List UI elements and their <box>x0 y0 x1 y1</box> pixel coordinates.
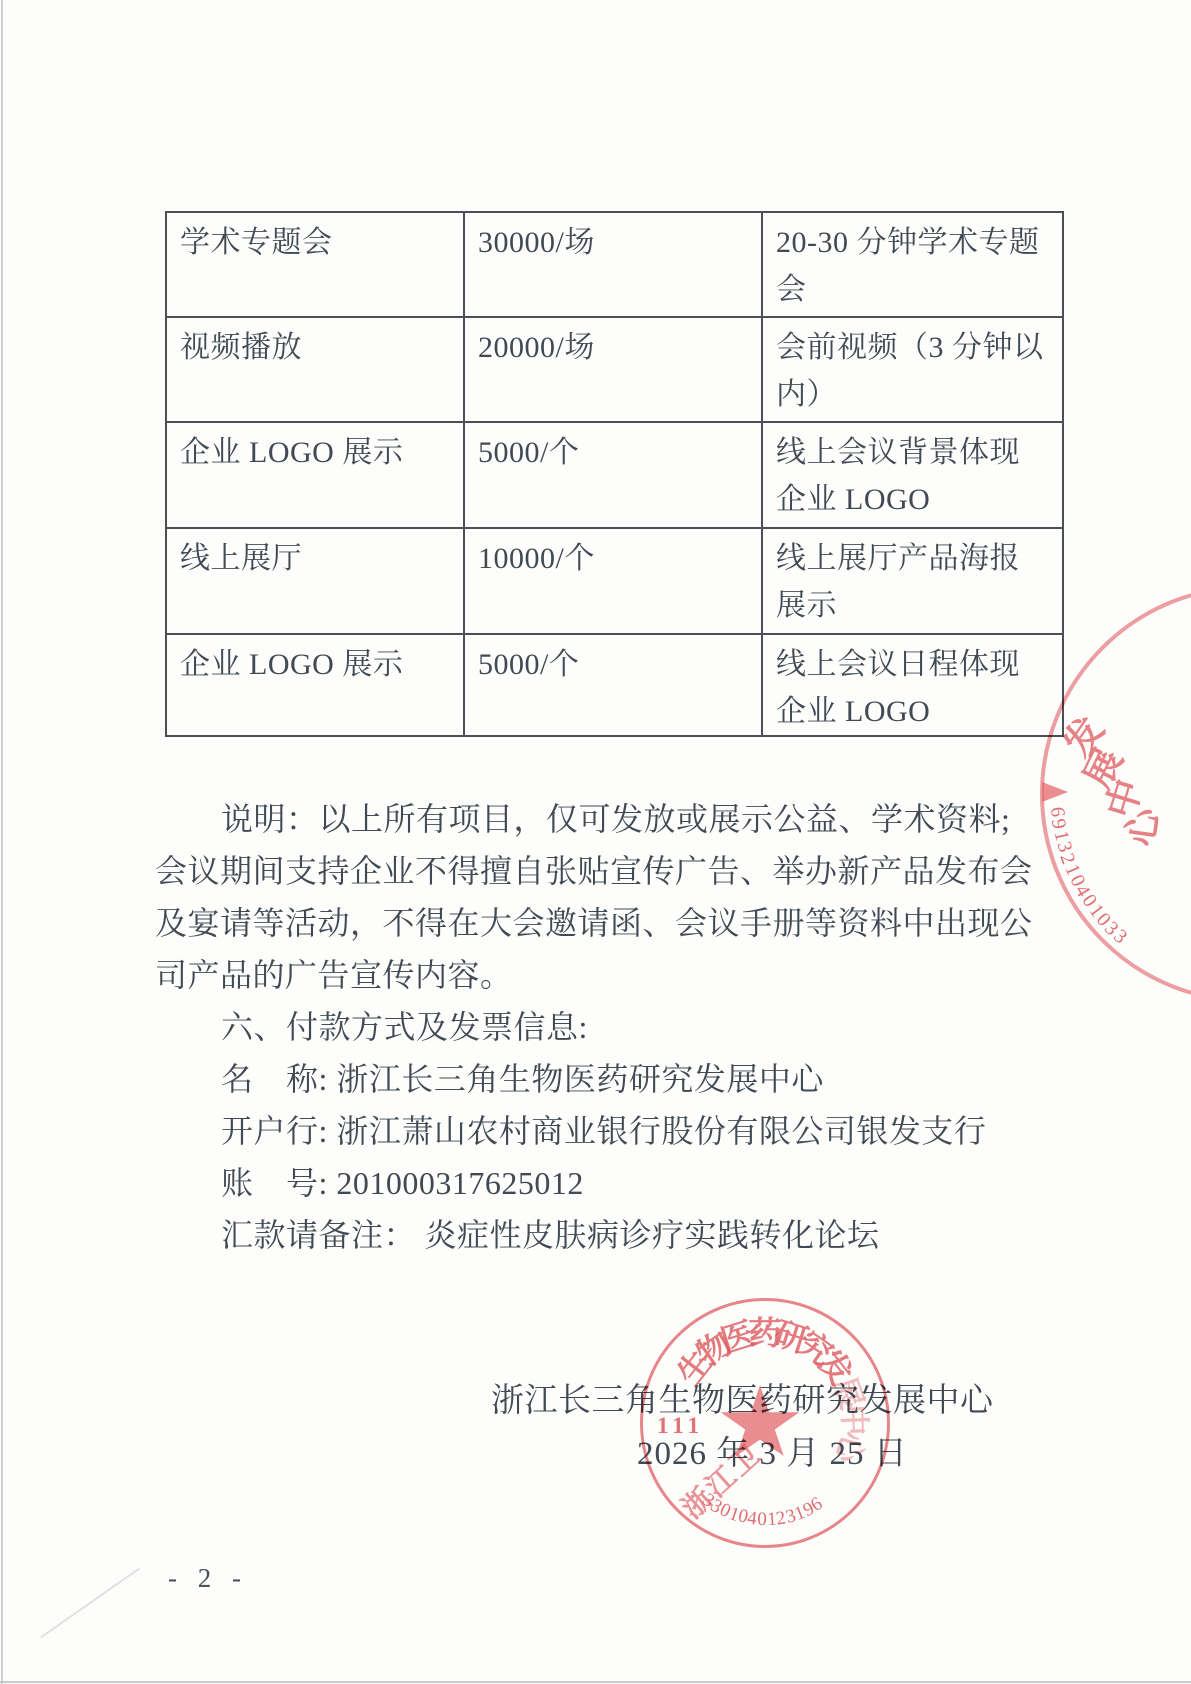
item-cell: 学术专题会 <box>166 212 464 317</box>
table-row: 企业 LOGO 展示5000/个线上会议背景体现企业 LOGO <box>166 422 1063 528</box>
price-cell: 5000/个 <box>464 634 762 736</box>
item-cell: 视频播放 <box>166 317 464 422</box>
price-table-body: 学术专题会30000/场20-30 分钟学术专题会视频播放20000/场会前视频… <box>166 212 1063 736</box>
notes-line: 名 称: 浙江长三角生物医药研究发展中心 <box>155 1053 1050 1105</box>
notes-line: 账 号: 201000317625012 <box>155 1157 1050 1209</box>
table-row: 线上展厅10000/个线上展厅产品海报展示 <box>166 528 1063 634</box>
notes-line: 司产品的广告宣传内容。 <box>155 949 1050 1001</box>
price-cell-line: 5000/个 <box>478 641 755 688</box>
official-seal-bottom: 111 浙江卫 生物医药研究发展中心3301040123196 <box>640 1298 890 1548</box>
scan-edge-bottom <box>0 1681 1191 1683</box>
scan-scratch <box>40 1568 139 1638</box>
desc-cell-line: 线上展厅产品海报 <box>776 535 1056 582</box>
table-row: 视频播放20000/场会前视频（3 分钟以内） <box>166 317 1063 422</box>
item-cell-line: 企业 LOGO 展示 <box>180 429 457 476</box>
desc-cell: 线上展厅产品海报展示 <box>762 528 1063 634</box>
price-cell-line: 5000/个 <box>478 429 755 476</box>
desc-cell-line: 20-30 分钟学术专题 <box>776 219 1056 266</box>
notes-line: 汇款请备注： 炎症性皮肤病诊疗实践转化论坛 <box>155 1209 1050 1261</box>
desc-cell-line: 展示 <box>776 582 1056 629</box>
desc-cell: 会前视频（3 分钟以内） <box>762 317 1063 422</box>
item-cell-line: 企业 LOGO 展示 <box>180 641 457 688</box>
price-cell-line: 10000/个 <box>478 535 755 582</box>
seal-arc-char: 0 <box>757 1509 767 1531</box>
desc-cell-line: 内） <box>776 371 1056 418</box>
desc-cell-line: 企业 LOGO <box>776 688 1056 735</box>
notes-line: 会议期间支持企业不得擅自张贴宣传广告、举办新产品发布会 <box>155 845 1050 897</box>
desc-cell-line: 线上会议背景体现 <box>776 429 1056 476</box>
page-number: - 2 - <box>168 1563 248 1594</box>
desc-cell-line: 会前视频（3 分钟以 <box>776 324 1056 371</box>
item-cell: 企业 LOGO 展示 <box>166 634 464 736</box>
price-cell: 10000/个 <box>464 528 762 634</box>
item-cell-line: 视频播放 <box>180 324 457 371</box>
notes-and-payment-text: 说明：以上所有项目，仅可发放或展示公益、学术资料;会议期间支持企业不得擅自张贴宣… <box>155 793 1050 1261</box>
item-cell-line: 线上展厅 <box>180 535 457 582</box>
price-cell: 20000/场 <box>464 317 762 422</box>
price-cell: 30000/场 <box>464 212 762 317</box>
table-row: 企业 LOGO 展示5000/个线上会议日程体现企业 LOGO <box>166 634 1063 736</box>
seal-triangle-icon <box>1042 782 1068 802</box>
seal-arc-char: 心 <box>1109 804 1169 849</box>
notes-line: 说明：以上所有项目，仅可发放或展示公益、学术资料; <box>155 793 1050 845</box>
notes-line: 及宴请等活动，不得在大会邀请函、会议手册等资料中出现公 <box>155 897 1050 949</box>
item-cell: 线上展厅 <box>166 528 464 634</box>
price-cell: 5000/个 <box>464 422 762 528</box>
item-cell: 企业 LOGO 展示 <box>166 422 464 528</box>
desc-cell: 线上会议背景体现企业 LOGO <box>762 422 1063 528</box>
notes-line: 开户行: 浙江萧山农村商业银行股份有限公司银发支行 <box>155 1105 1050 1157</box>
seal-inner-number: 111 <box>657 1413 704 1439</box>
desc-cell: 20-30 分钟学术专题会 <box>762 212 1063 317</box>
table-row: 学术专题会30000/场20-30 分钟学术专题会 <box>166 212 1063 317</box>
price-cell-line: 20000/场 <box>478 324 755 371</box>
sponsorship-price-table: 学术专题会30000/场20-30 分钟学术专题会视频播放20000/场会前视频… <box>165 211 1064 737</box>
item-cell-line: 学术专题会 <box>180 219 457 266</box>
desc-cell-line: 企业 LOGO <box>776 476 1056 523</box>
desc-cell-line: 线上会议日程体现 <box>776 641 1056 688</box>
desc-cell: 线上会议日程体现企业 LOGO <box>762 634 1063 736</box>
notes-line: 六、付款方式及发票信息: <box>155 1001 1050 1053</box>
scan-edge-left <box>1 0 3 1684</box>
document-page: 学术专题会30000/场20-30 分钟学术专题会视频播放20000/场会前视频… <box>0 0 1191 1684</box>
seal-arc-char: 6 <box>1045 806 1069 818</box>
price-cell-line: 30000/场 <box>478 219 755 266</box>
desc-cell-line: 会 <box>776 266 1056 313</box>
